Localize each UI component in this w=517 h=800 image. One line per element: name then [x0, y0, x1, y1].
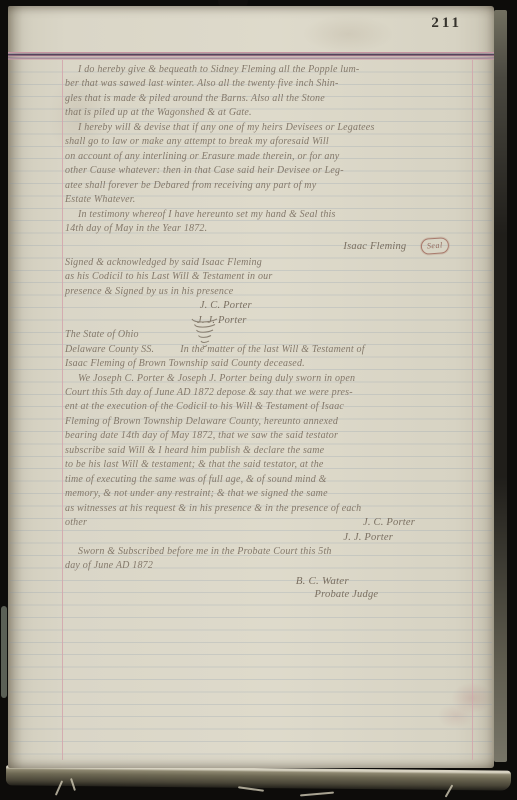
handwritten-line: ent at the execution of the Codicil to h… — [65, 400, 467, 414]
handwritten-word: other — [65, 516, 87, 530]
handwritten-line: other J. C. Porter — [65, 516, 467, 530]
handwritten-line: as witnesses at his request & in his pre… — [65, 502, 467, 516]
handwritten-line: to be his last Will & testament; & that … — [65, 458, 467, 472]
handwritten-line: presence & Signed by us in his presence — [65, 285, 467, 299]
book-edge-bottom — [6, 765, 511, 790]
handwritten-line: shall go to law or make any attempt to b… — [65, 135, 467, 149]
handwritten-line: 14th day of May in the Year 1872. — [65, 222, 467, 236]
handwritten-line: Signed & acknowledged by said Isaac Flem… — [65, 256, 467, 270]
handwritten-line: atee shall forever be Debared from recei… — [65, 179, 467, 193]
handwritten-line: subscribe said Will & I heard him publis… — [65, 444, 467, 458]
testator-signature: Isaac Fleming — [343, 241, 406, 252]
margin-line-right — [472, 60, 473, 760]
witness-signature: J. J. Porter — [65, 531, 467, 545]
handwritten-line: other Cause whatever: then in that Case … — [65, 164, 467, 178]
underlying-page-sliver — [1, 606, 7, 698]
handwritten-line: gles that is made & piled around the Bar… — [65, 92, 467, 106]
handwritten-line: Court this 5th day of June AD 1872 depos… — [65, 386, 467, 400]
handwritten-line: We Joseph C. Porter & Joseph J. Porter b… — [65, 372, 467, 386]
judge-title: Probate Judge — [278, 588, 415, 602]
handwritten-line: ber that was sawed last winter. Also all… — [65, 77, 467, 91]
handwritten-line: day of June AD 1872 — [65, 559, 467, 573]
margin-line-left — [62, 60, 63, 760]
handwritten-line: Estate Whatever. — [65, 193, 467, 207]
handwritten-line: that is piled up at the Wagonshed & at G… — [65, 106, 467, 120]
handwritten-line: memory, & not under any restraint; & tha… — [65, 487, 467, 501]
seal-stamp: Seal — [421, 237, 450, 255]
county-heading-row: Delaware County SS.In the matter of the … — [65, 343, 467, 357]
handwritten-line: In testimony whereof I have hereunto set… — [65, 208, 467, 222]
witness-signature: J. C. Porter — [65, 299, 387, 313]
frayed-thread — [300, 792, 334, 797]
handwritten-line: as his Codicil to his Last Will & Testam… — [65, 270, 467, 284]
handwritten-line: Fleming of Brown Township Delaware Count… — [65, 415, 467, 429]
judge-signature: B. C. Water — [254, 574, 391, 588]
ledger-page: 211 I do hereby give & bequeath to Sidne… — [8, 6, 494, 768]
brace-flourish-icon — [189, 316, 219, 348]
state-heading: The State of Ohio — [65, 328, 467, 342]
handwritten-line: time of executing the same was of full a… — [65, 473, 467, 487]
handwritten-text: I do hereby give & bequeath to Sidney Fl… — [65, 63, 467, 603]
handwritten-line: on account of any interlining or Erasure… — [65, 150, 467, 164]
page-number: 211 — [431, 15, 462, 32]
county-heading: Delaware County SS. — [65, 344, 154, 355]
witness-signature: J. C. Porter — [363, 516, 415, 530]
handwritten-line: bearing date 14th day of May 1872, that … — [65, 429, 467, 443]
adjacent-pages-edge — [494, 10, 507, 762]
handwritten-line: I do hereby give & bequeath to Sidney Fl… — [65, 63, 467, 77]
header-rule-band — [8, 51, 494, 61]
handwritten-line: I hereby will & devise that if any one o… — [65, 121, 467, 135]
handwritten-line: Isaac Fleming of Brown Township said Cou… — [65, 357, 467, 371]
testator-signature-row: Isaac Fleming Seal — [65, 239, 467, 255]
handwritten-line: Sworn & Subscribed before me in the Prob… — [65, 545, 467, 559]
witness-signature: J. J. Porter — [65, 314, 379, 328]
